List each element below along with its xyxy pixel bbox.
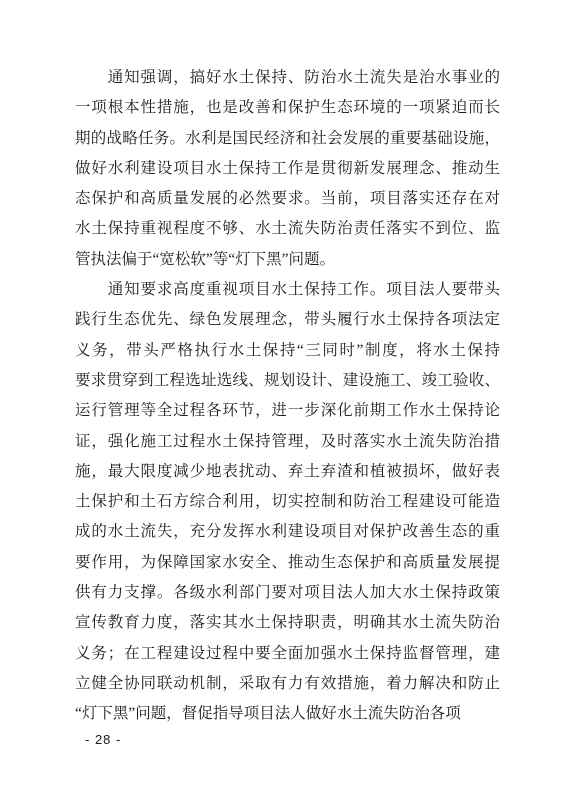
text-line: 证，强化施工过程水土保持管理，及时落实水土流失防治措 [75, 427, 500, 457]
text-line: 义务，带头严格执行水土保持“三同时”制度，将水土保持 [75, 336, 500, 366]
text-line: 施，最大限度减少地表扰动、弃土弃渣和植被损坏，做好表 [75, 457, 500, 487]
text-line: 立健全协同联动机制，采取有力有效措施，着力解决和防止 [75, 669, 500, 699]
text-line: 水土保持重视程度不够、水土流失防治责任落实不到位、监 [75, 214, 500, 244]
text-line: 供有力支撑。各级水利部门要对项目法人加大水土保持政策 [75, 578, 500, 608]
paragraph: 通知要求高度重视项目水土保持工作。项目法人要带头践行生态优先、绿色发展理念，带头… [75, 275, 500, 729]
text-line: 宣传教育力度，落实其水土保持职责，明确其水土流失防治 [75, 608, 500, 638]
text-line: “灯下黑”问题，督促指导项目法人做好水土流失防治各项 [75, 699, 500, 729]
text-line: 土保护和土石方综合利用，切实控制和防治工程建设可能造 [75, 487, 500, 517]
text-line: 态保护和高质量发展的必然要求。当前，项目落实还存在对 [75, 184, 500, 214]
text-line: 通知强调，搞好水土保持、防治水土流失是治水事业的 [75, 63, 500, 93]
document-page: 通知强调，搞好水土保持、防治水土流失是治水事业的一项根本性措施，也是改善和保护生… [0, 0, 565, 800]
text-line: 要作用，为保障国家水安全、推动生态保护和高质量发展提 [75, 548, 500, 578]
document-body: 通知强调，搞好水土保持、防治水土流失是治水事业的一项根本性措施，也是改善和保护生… [75, 63, 500, 730]
text-line: 做好水利建设项目水土保持工作是贯彻新发展理念、推动生 [75, 154, 500, 184]
page-number: - 28 - [85, 732, 121, 747]
text-line: 通知要求高度重视项目水土保持工作。项目法人要带头 [75, 275, 500, 305]
text-line: 一项根本性措施，也是改善和保护生态环境的一项紧迫而长 [75, 93, 500, 123]
text-line: 践行生态优先、绿色发展理念，带头履行水土保持各项法定 [75, 305, 500, 335]
paragraph: 通知强调，搞好水土保持、防治水土流失是治水事业的一项根本性措施，也是改善和保护生… [75, 63, 500, 275]
text-line: 运行管理等全过程各环节，进一步深化前期工作水土保持论 [75, 396, 500, 426]
text-line: 要求贯穿到工程选址选线、规划设计、建设施工、竣工验收、 [75, 366, 500, 396]
text-line: 期的战略任务。水利是国民经济和社会发展的重要基础设施， [75, 124, 500, 154]
text-line: 成的水土流失，充分发挥水利建设项目对保护改善生态的重 [75, 517, 500, 547]
text-line: 管执法偏于“宽松软”等“灯下黑”问题。 [75, 245, 500, 275]
text-line: 义务；在工程建设过程中要全面加强水土保持监督管理，建 [75, 639, 500, 669]
